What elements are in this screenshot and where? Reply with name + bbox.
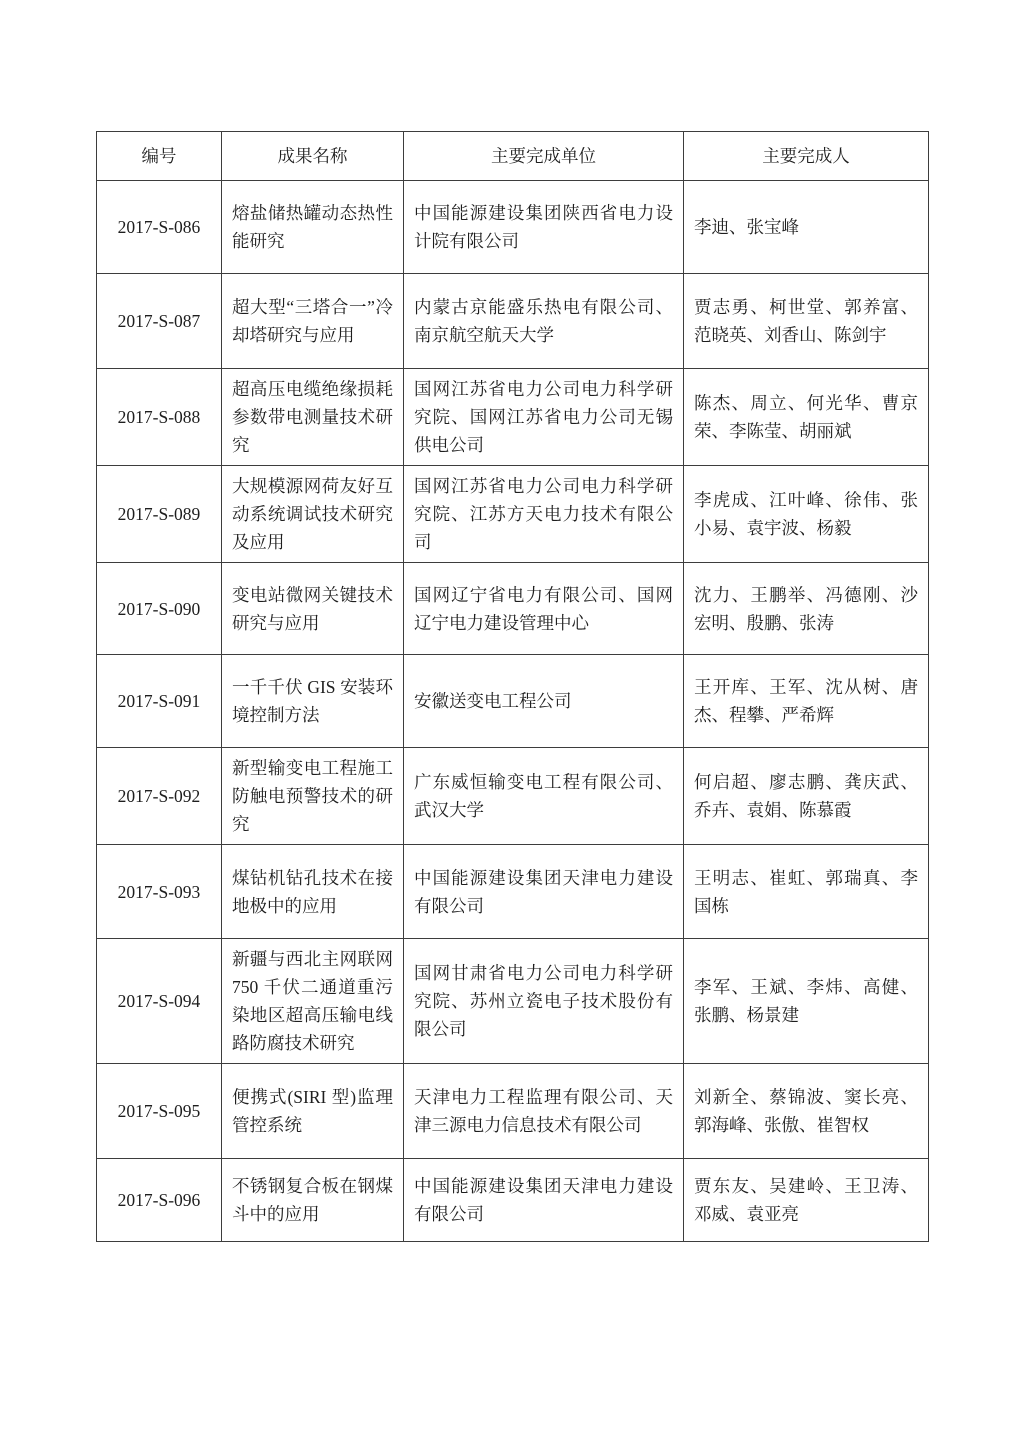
- cell-id: 2017-S-093: [97, 845, 222, 939]
- cell-name: 超大型“三塔合一”冷却塔研究与应用: [222, 274, 404, 369]
- header-cell-id: 编号: [97, 132, 222, 181]
- cell-id: 2017-S-088: [97, 369, 222, 466]
- cell-people: 李虎成、江叶峰、徐伟、张小易、袁宇波、杨毅: [684, 466, 929, 563]
- table-row: 2017-S-093 煤钻机钻孔技术在接地极中的应用 中国能源建设集团天津电力建…: [97, 845, 929, 939]
- cell-people: 李迪、张宝峰: [684, 181, 929, 274]
- cell-name: 一千千伏 GIS 安装环境控制方法: [222, 655, 404, 748]
- cell-org: 天津电力工程监理有限公司、天津三源电力信息技术有限公司: [404, 1064, 684, 1159]
- cell-people: 何启超、廖志鹏、龚庆武、乔卉、袁娟、陈慕霞: [684, 748, 929, 845]
- cell-name: 大规模源网荷友好互动系统调试技术研究及应用: [222, 466, 404, 563]
- table-row: 2017-S-092 新型输变电工程施工防触电预警技术的研究 广东威恒输变电工程…: [97, 748, 929, 845]
- header-cell-people: 主要完成人: [684, 132, 929, 181]
- table-row: 2017-S-087 超大型“三塔合一”冷却塔研究与应用 内蒙古京能盛乐热电有限…: [97, 274, 929, 369]
- cell-people: 贾志勇、柯世堂、郭养富、范晓英、刘香山、陈剑宇: [684, 274, 929, 369]
- cell-name: 熔盐储热罐动态热性能研究: [222, 181, 404, 274]
- cell-people: 李军、王斌、李炜、高健、张鹏、杨景建: [684, 939, 929, 1064]
- cell-org: 安徽送变电工程公司: [404, 655, 684, 748]
- document-page: 编号 成果名称 主要完成单位 主要完成人 2017-S-086 熔盐储热罐动态热…: [0, 0, 1024, 1448]
- cell-org: 内蒙古京能盛乐热电有限公司、南京航空航天大学: [404, 274, 684, 369]
- cell-name: 新型输变电工程施工防触电预警技术的研究: [222, 748, 404, 845]
- cell-id: 2017-S-089: [97, 466, 222, 563]
- cell-id: 2017-S-095: [97, 1064, 222, 1159]
- cell-id: 2017-S-090: [97, 563, 222, 655]
- table-row: 2017-S-089 大规模源网荷友好互动系统调试技术研究及应用 国网江苏省电力…: [97, 466, 929, 563]
- cell-org: 广东威恒输变电工程有限公司、武汉大学: [404, 748, 684, 845]
- table-row: 2017-S-086 熔盐储热罐动态热性能研究 中国能源建设集团陕西省电力设计院…: [97, 181, 929, 274]
- cell-org: 中国能源建设集团天津电力建设有限公司: [404, 845, 684, 939]
- header-cell-org: 主要完成单位: [404, 132, 684, 181]
- table-row: 2017-S-088 超高压电缆绝缘损耗参数带电测量技术研究 国网江苏省电力公司…: [97, 369, 929, 466]
- cell-org: 中国能源建设集团陕西省电力设计院有限公司: [404, 181, 684, 274]
- cell-org: 国网辽宁省电力有限公司、国网辽宁电力建设管理中心: [404, 563, 684, 655]
- cell-id: 2017-S-096: [97, 1159, 222, 1242]
- table-row: 2017-S-095 便携式(SIRI 型)监理管控系统 天津电力工程监理有限公…: [97, 1064, 929, 1159]
- cell-name: 超高压电缆绝缘损耗参数带电测量技术研究: [222, 369, 404, 466]
- cell-org: 国网江苏省电力公司电力科学研究院、江苏方天电力技术有限公司: [404, 466, 684, 563]
- cell-org: 国网甘肃省电力公司电力科学研究院、苏州立瓷电子技术股份有限公司: [404, 939, 684, 1064]
- cell-id: 2017-S-092: [97, 748, 222, 845]
- cell-name: 变电站微网关键技术研究与应用: [222, 563, 404, 655]
- cell-people: 陈杰、周立、何光华、曹京荣、李陈莹、胡丽斌: [684, 369, 929, 466]
- cell-people: 贾东友、吴建岭、王卫涛、邓威、袁亚亮: [684, 1159, 929, 1242]
- cell-id: 2017-S-091: [97, 655, 222, 748]
- cell-name: 便携式(SIRI 型)监理管控系统: [222, 1064, 404, 1159]
- cell-id: 2017-S-087: [97, 274, 222, 369]
- table-body: 2017-S-086 熔盐储热罐动态热性能研究 中国能源建设集团陕西省电力设计院…: [97, 181, 929, 1242]
- cell-org: 国网江苏省电力公司电力科学研究院、国网江苏省电力公司无锡供电公司: [404, 369, 684, 466]
- table-row: 2017-S-091 一千千伏 GIS 安装环境控制方法 安徽送变电工程公司 王…: [97, 655, 929, 748]
- table-row: 2017-S-096 不锈钢复合板在钢煤斗中的应用 中国能源建设集团天津电力建设…: [97, 1159, 929, 1242]
- table-row: 2017-S-090 变电站微网关键技术研究与应用 国网辽宁省电力有限公司、国网…: [97, 563, 929, 655]
- cell-people: 王开库、王军、沈从树、唐杰、程攀、严希辉: [684, 655, 929, 748]
- cell-people: 王明志、崔虹、郭瑞真、李国栋: [684, 845, 929, 939]
- table-row: 2017-S-094 新疆与西北主网联网 750 千伏二通道重污染地区超高压输电…: [97, 939, 929, 1064]
- cell-name: 新疆与西北主网联网 750 千伏二通道重污染地区超高压输电线路防腐技术研究: [222, 939, 404, 1064]
- cell-id: 2017-S-094: [97, 939, 222, 1064]
- cell-org: 中国能源建设集团天津电力建设有限公司: [404, 1159, 684, 1242]
- achievements-table: 编号 成果名称 主要完成单位 主要完成人 2017-S-086 熔盐储热罐动态热…: [96, 131, 929, 1242]
- header-cell-name: 成果名称: [222, 132, 404, 181]
- header-row: 编号 成果名称 主要完成单位 主要完成人: [97, 132, 929, 181]
- cell-name: 煤钻机钻孔技术在接地极中的应用: [222, 845, 404, 939]
- cell-people: 刘新全、蔡锦波、窦长亮、郭海峰、张傲、崔智权: [684, 1064, 929, 1159]
- table-header: 编号 成果名称 主要完成单位 主要完成人: [97, 132, 929, 181]
- cell-name: 不锈钢复合板在钢煤斗中的应用: [222, 1159, 404, 1242]
- cell-id: 2017-S-086: [97, 181, 222, 274]
- cell-people: 沈力、王鹏举、冯德刚、沙宏明、殷鹏、张涛: [684, 563, 929, 655]
